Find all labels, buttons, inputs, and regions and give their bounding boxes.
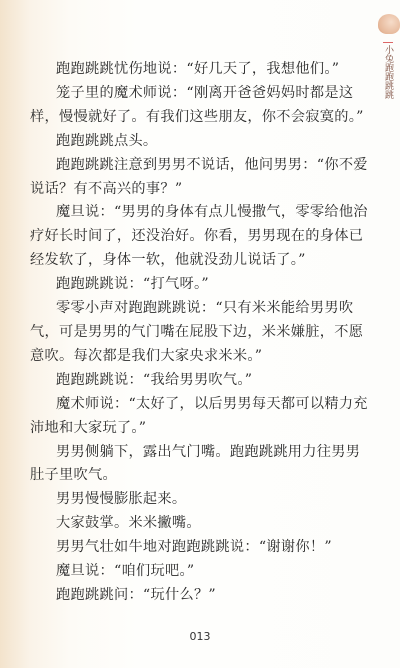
paragraph: 零零小声对跑跑跳跳说：“只有米米能给男男吹气，可是男男的气门嘴在屁股下边，米米嫌… (30, 297, 370, 369)
paragraph: 男男气壮如牛地对跑跑跳跳说：“谢谢你！” (30, 536, 370, 560)
paragraph: 跑跑跳跳点头。 (30, 130, 370, 154)
paragraph: 男男慢慢膨胀起来。 (30, 488, 370, 512)
paragraph: 魔旦说：“男男的身体有点儿慢撒气，零零给他治疗好长时间了，还没治好。你看，男男现… (30, 201, 370, 273)
paragraph: 男男侧躺下，露出气门嘴。跑跑跳跳用力往男男肚子里吹气。 (30, 441, 370, 489)
paragraph: 跑跑跳跳说：“打气呀。” (30, 273, 370, 297)
paragraph: 大家鼓掌。米米撇嘴。 (30, 512, 370, 536)
body-text: 跑跑跳跳忧伤地说：“好几天了，我想他们。” 笼子里的魔术师说：“刚离开爸爸妈妈时… (30, 58, 370, 608)
rabbit-mascot-icon (378, 14, 400, 34)
paragraph: 魔术师说：“太好了，以后男男每天都可以精力充沛地和大家玩了。” (30, 393, 370, 441)
paragraph: 跑跑跳跳问：“玩什么？” (30, 584, 370, 608)
paragraph: 跑跑跳跳说：“我给男男吹气。” (30, 369, 370, 393)
book-page: 小兔跑跑跳跳 跑跑跳跳忧伤地说：“好几天了，我想他们。” 笼子里的魔术师说：“刚… (0, 0, 400, 668)
paragraph: 跑跑跳跳忧伤地说：“好几天了，我想他们。” (30, 58, 370, 82)
page-number: 013 (0, 630, 400, 643)
side-book-title: 小兔跑跑跳跳 (383, 42, 393, 99)
paragraph: 笼子里的魔术师说：“刚离开爸爸妈妈时都是这样，慢慢就好了。有我们这些朋友，你不会… (30, 82, 370, 130)
paragraph: 跑跑跳跳注意到男男不说话，他问男男：“你不爱说话？有不高兴的事？” (30, 154, 370, 202)
paragraph: 魔旦说：“咱们玩吧。” (30, 560, 370, 584)
side-tab: 小兔跑跑跳跳 (376, 14, 400, 99)
